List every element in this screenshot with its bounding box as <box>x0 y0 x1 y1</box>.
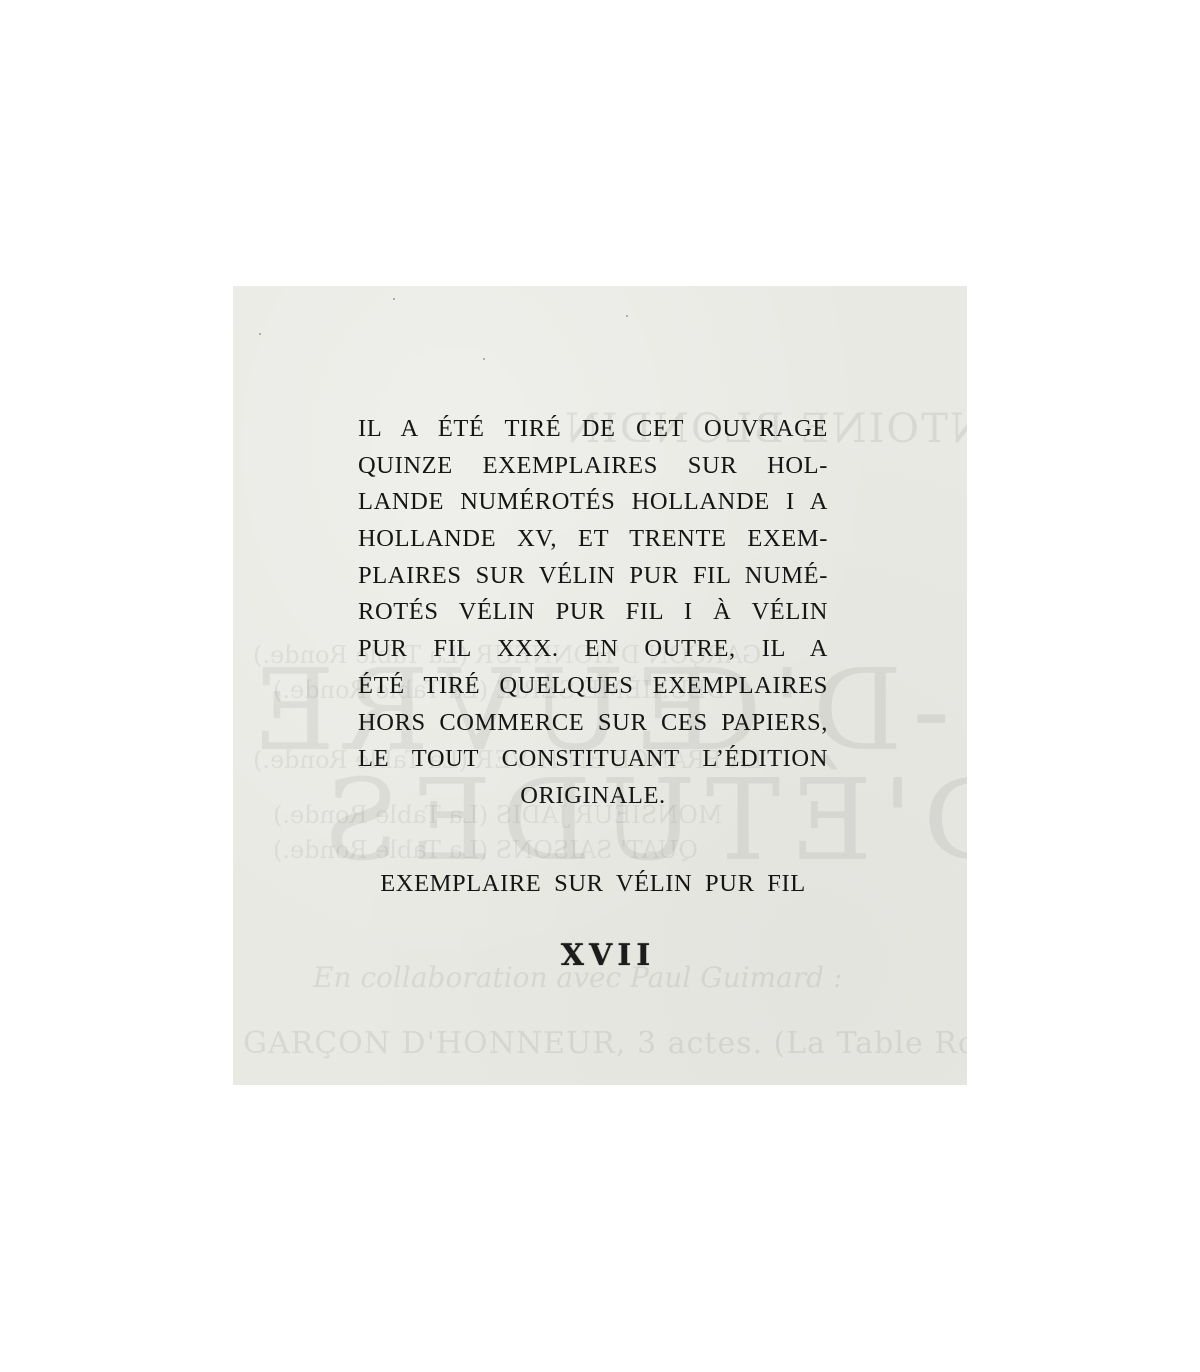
colophon-text: IL A ÉTÉ TIRÉ DE CET OUVRAGE QUINZE EXEM… <box>358 411 828 815</box>
colophon-line: LANDE NUMÉROTÉS HOLLANDE I A <box>358 484 828 521</box>
colophon-line: QUINZE EXEMPLAIRES SUR HOL- <box>358 448 828 485</box>
show-through-list-item: QUAT' SAISONS (La Table Ronde.) <box>273 836 698 864</box>
colophon-line-final: ORIGINALE. <box>358 778 828 815</box>
paper-speck <box>626 315 628 317</box>
paper-speck <box>259 333 261 335</box>
colophon-line: PLAIRES SUR VÉLIN PUR FIL NUMÉ- <box>358 558 828 595</box>
book-page: ANTOINE BLONDIN CHEFS-D'ŒUVRE D'ÉTUDES G… <box>233 286 967 1085</box>
colophon-line: HORS COMMERCE SUR CES PAPIERS, <box>358 705 828 742</box>
show-through-play: GARÇON D'HONNEUR, 3 actes. (La Table Ron… <box>243 1026 967 1061</box>
copy-label: EXEMPLAIRE SUR VÉLIN PUR FIL <box>358 870 828 898</box>
paper-speck <box>393 298 395 300</box>
colophon-line: HOLLANDE XV, ET TRENTE EXEM- <box>358 521 828 558</box>
colophon-line: IL A ÉTÉ TIRÉ DE CET OUVRAGE <box>358 411 828 448</box>
colophon-line: ÉTÉ TIRÉ QUELQUES EXEMPLAIRES <box>358 668 828 705</box>
colophon-line: PUR FIL XXX. EN OUTRE, IL A <box>358 631 828 668</box>
colophon-line: LE TOUT CONSTITUANT L’ÉDITION <box>358 741 828 778</box>
colophon-line: ROTÉS VÉLIN PUR FIL I À VÉLIN <box>358 594 828 631</box>
paper-speck <box>483 358 485 360</box>
copy-number-stamp: XVII <box>233 938 967 973</box>
